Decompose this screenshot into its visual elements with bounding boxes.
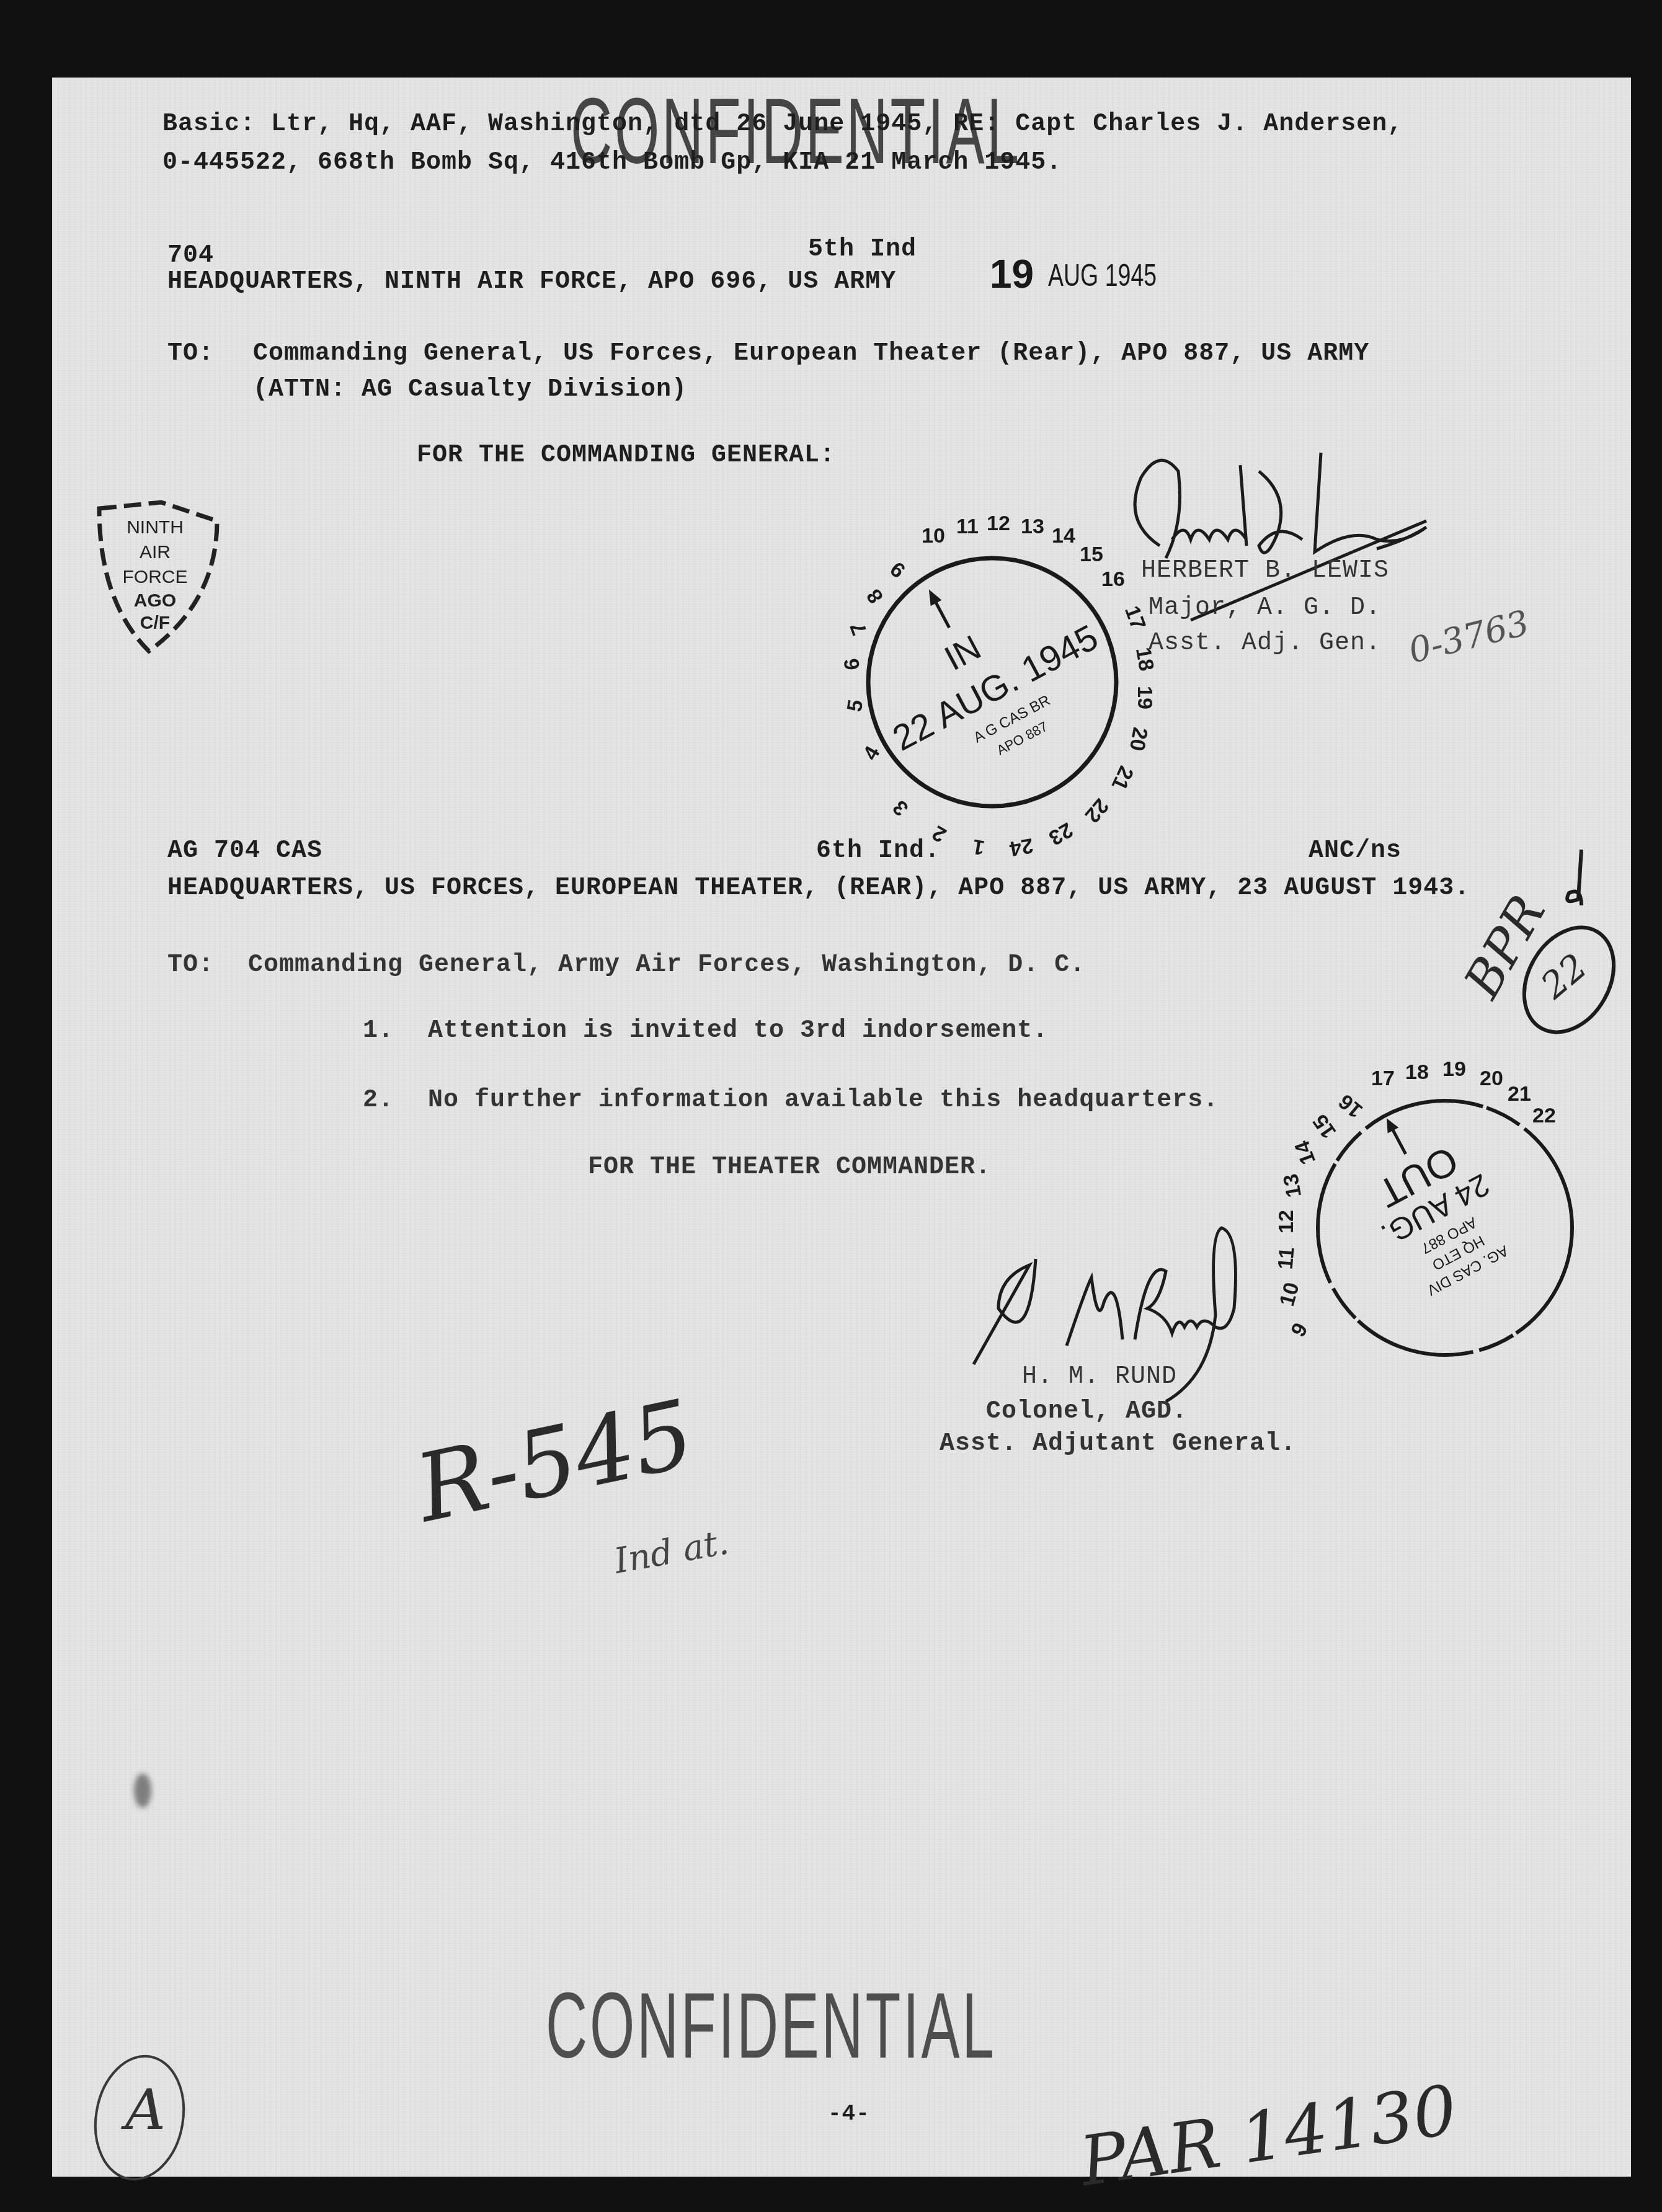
svg-text:22: 22	[1532, 1104, 1556, 1127]
circled-number-annotation	[1513, 843, 1619, 1036]
svg-text:5: 5	[843, 698, 868, 713]
svg-text:16: 16	[1334, 1090, 1367, 1122]
svg-text:15: 15	[1309, 1110, 1341, 1143]
page-number: -4-	[828, 2101, 870, 2126]
file-reference-ag-704-cas: AG 704 CAS	[167, 837, 322, 865]
svg-text:13: 13	[1021, 515, 1044, 538]
svg-text:24: 24	[1008, 833, 1035, 861]
typist-initials: ANC/ns	[1309, 837, 1402, 865]
svg-text:16: 16	[1101, 567, 1125, 591]
indorsement-label-6th: 6th Ind.	[816, 837, 940, 865]
svg-text:IN: IN	[938, 627, 987, 678]
signer-title-lewis: Asst. Adj. Gen.	[1149, 629, 1381, 657]
basic-reference-line-2: 0-445522, 668th Bomb Sq, 416th Bomb Gp, …	[162, 149, 1062, 177]
svg-text:23: 23	[1045, 818, 1077, 850]
svg-text:13: 13	[1279, 1172, 1306, 1199]
svg-text:20: 20	[1125, 726, 1152, 753]
svg-text:C/F: C/F	[140, 613, 170, 633]
item-number-2: 2.	[363, 1086, 394, 1114]
date-stamp-day: 19	[990, 251, 1034, 297]
svg-text:8: 8	[862, 585, 888, 608]
item-text-2: No further information available this he…	[428, 1086, 1219, 1114]
ninth-air-force-shield-icon: NINTH AIR FORCE AGO C/F	[93, 496, 223, 657]
signer-title-rund: Asst. Adjutant General.	[940, 1430, 1296, 1458]
svg-text:22 AUG. 1945: 22 AUG. 1945	[886, 617, 1104, 758]
svg-text:17: 17	[1120, 603, 1150, 633]
addressee-line-1: Commanding General, US Forces, European …	[253, 340, 1369, 368]
svg-text:11: 11	[956, 515, 979, 538]
item-text-1: Attention is invited to 3rd indorsement.	[428, 1017, 1048, 1045]
headquarters-ninth-air-force: HEADQUARTERS, NINTH AIR FORCE, APO 696, …	[167, 268, 896, 296]
svg-text:AIR: AIR	[140, 542, 171, 562]
svg-text:20: 20	[1480, 1067, 1503, 1090]
signer-rank-rund: Colonel, AGD.	[986, 1398, 1188, 1426]
headquarters-us-forces-eto: HEADQUARTERS, US FORCES, EUROPEAN THEATE…	[167, 874, 1470, 902]
classification-stamp-bottom: CONFIDENTIAL	[546, 1972, 997, 2079]
closing-theater-commander: FOR THE THEATER COMMANDER.	[588, 1153, 991, 1181]
indorsement-label-5th: 5th Ind	[808, 236, 917, 264]
svg-text:19: 19	[1133, 686, 1157, 709]
svg-text:19: 19	[1442, 1057, 1466, 1081]
addressee-aaf: Commanding General, Army Air Forces, Was…	[248, 951, 1085, 979]
to-label-6th: TO:	[167, 951, 214, 979]
file-reference-704: 704	[167, 242, 214, 270]
addressee-line-2: (ATTN: AG Casualty Division)	[253, 376, 687, 404]
svg-text:AGO: AGO	[134, 590, 176, 611]
circled-letter: A	[125, 2077, 166, 2143]
svg-text:14: 14	[1052, 524, 1075, 548]
svg-text:21: 21	[1508, 1082, 1531, 1106]
svg-text:21: 21	[1107, 762, 1138, 793]
svg-text:18: 18	[1405, 1060, 1429, 1084]
svg-text:9: 9	[1286, 1319, 1312, 1341]
item-number-1: 1.	[363, 1017, 394, 1045]
ink-smudge	[134, 1774, 151, 1808]
basic-reference-line-1: Basic: Ltr, Hq, AAF, Washington, dtd 26 …	[162, 110, 1403, 138]
in-received-date-stamp: 4 5 6 7 8 9 10 11 12 13 14 15 16 17 18 1…	[819, 509, 1166, 856]
date-stamp-month-year: AUG 1945	[1048, 257, 1157, 293]
svg-text:FORCE: FORCE	[123, 567, 188, 587]
svg-text:12: 12	[987, 512, 1010, 535]
svg-text:14: 14	[1290, 1137, 1320, 1168]
svg-text:18: 18	[1131, 646, 1158, 673]
signer-name-rund: H. M. RUND	[1022, 1363, 1177, 1391]
signer-name-lewis: HERBERT B. LEWIS	[1141, 557, 1389, 585]
svg-text:22: 22	[1080, 794, 1113, 827]
svg-text:3: 3	[888, 796, 913, 820]
svg-text:17: 17	[1371, 1067, 1395, 1090]
svg-text:10: 10	[922, 524, 945, 548]
svg-text:15: 15	[1080, 543, 1103, 566]
svg-text:6: 6	[840, 657, 864, 671]
closing-commanding-general: FOR THE COMMANDING GENERAL:	[417, 442, 835, 469]
out-dispatched-date-stamp: 9 10 11 12 13 14 15 16 17 18 19 20 21 22…	[1259, 1042, 1606, 1414]
signer-rank-lewis: Major, A. G. D.	[1149, 594, 1381, 622]
svg-text:NINTH: NINTH	[127, 517, 184, 538]
svg-text:9: 9	[886, 557, 910, 582]
svg-text:7: 7	[846, 619, 872, 638]
to-label-5th: TO:	[167, 340, 214, 368]
svg-text:4: 4	[858, 742, 884, 764]
svg-text:10: 10	[1275, 1280, 1304, 1308]
svg-text:11: 11	[1274, 1246, 1299, 1270]
svg-text:12: 12	[1274, 1210, 1298, 1233]
